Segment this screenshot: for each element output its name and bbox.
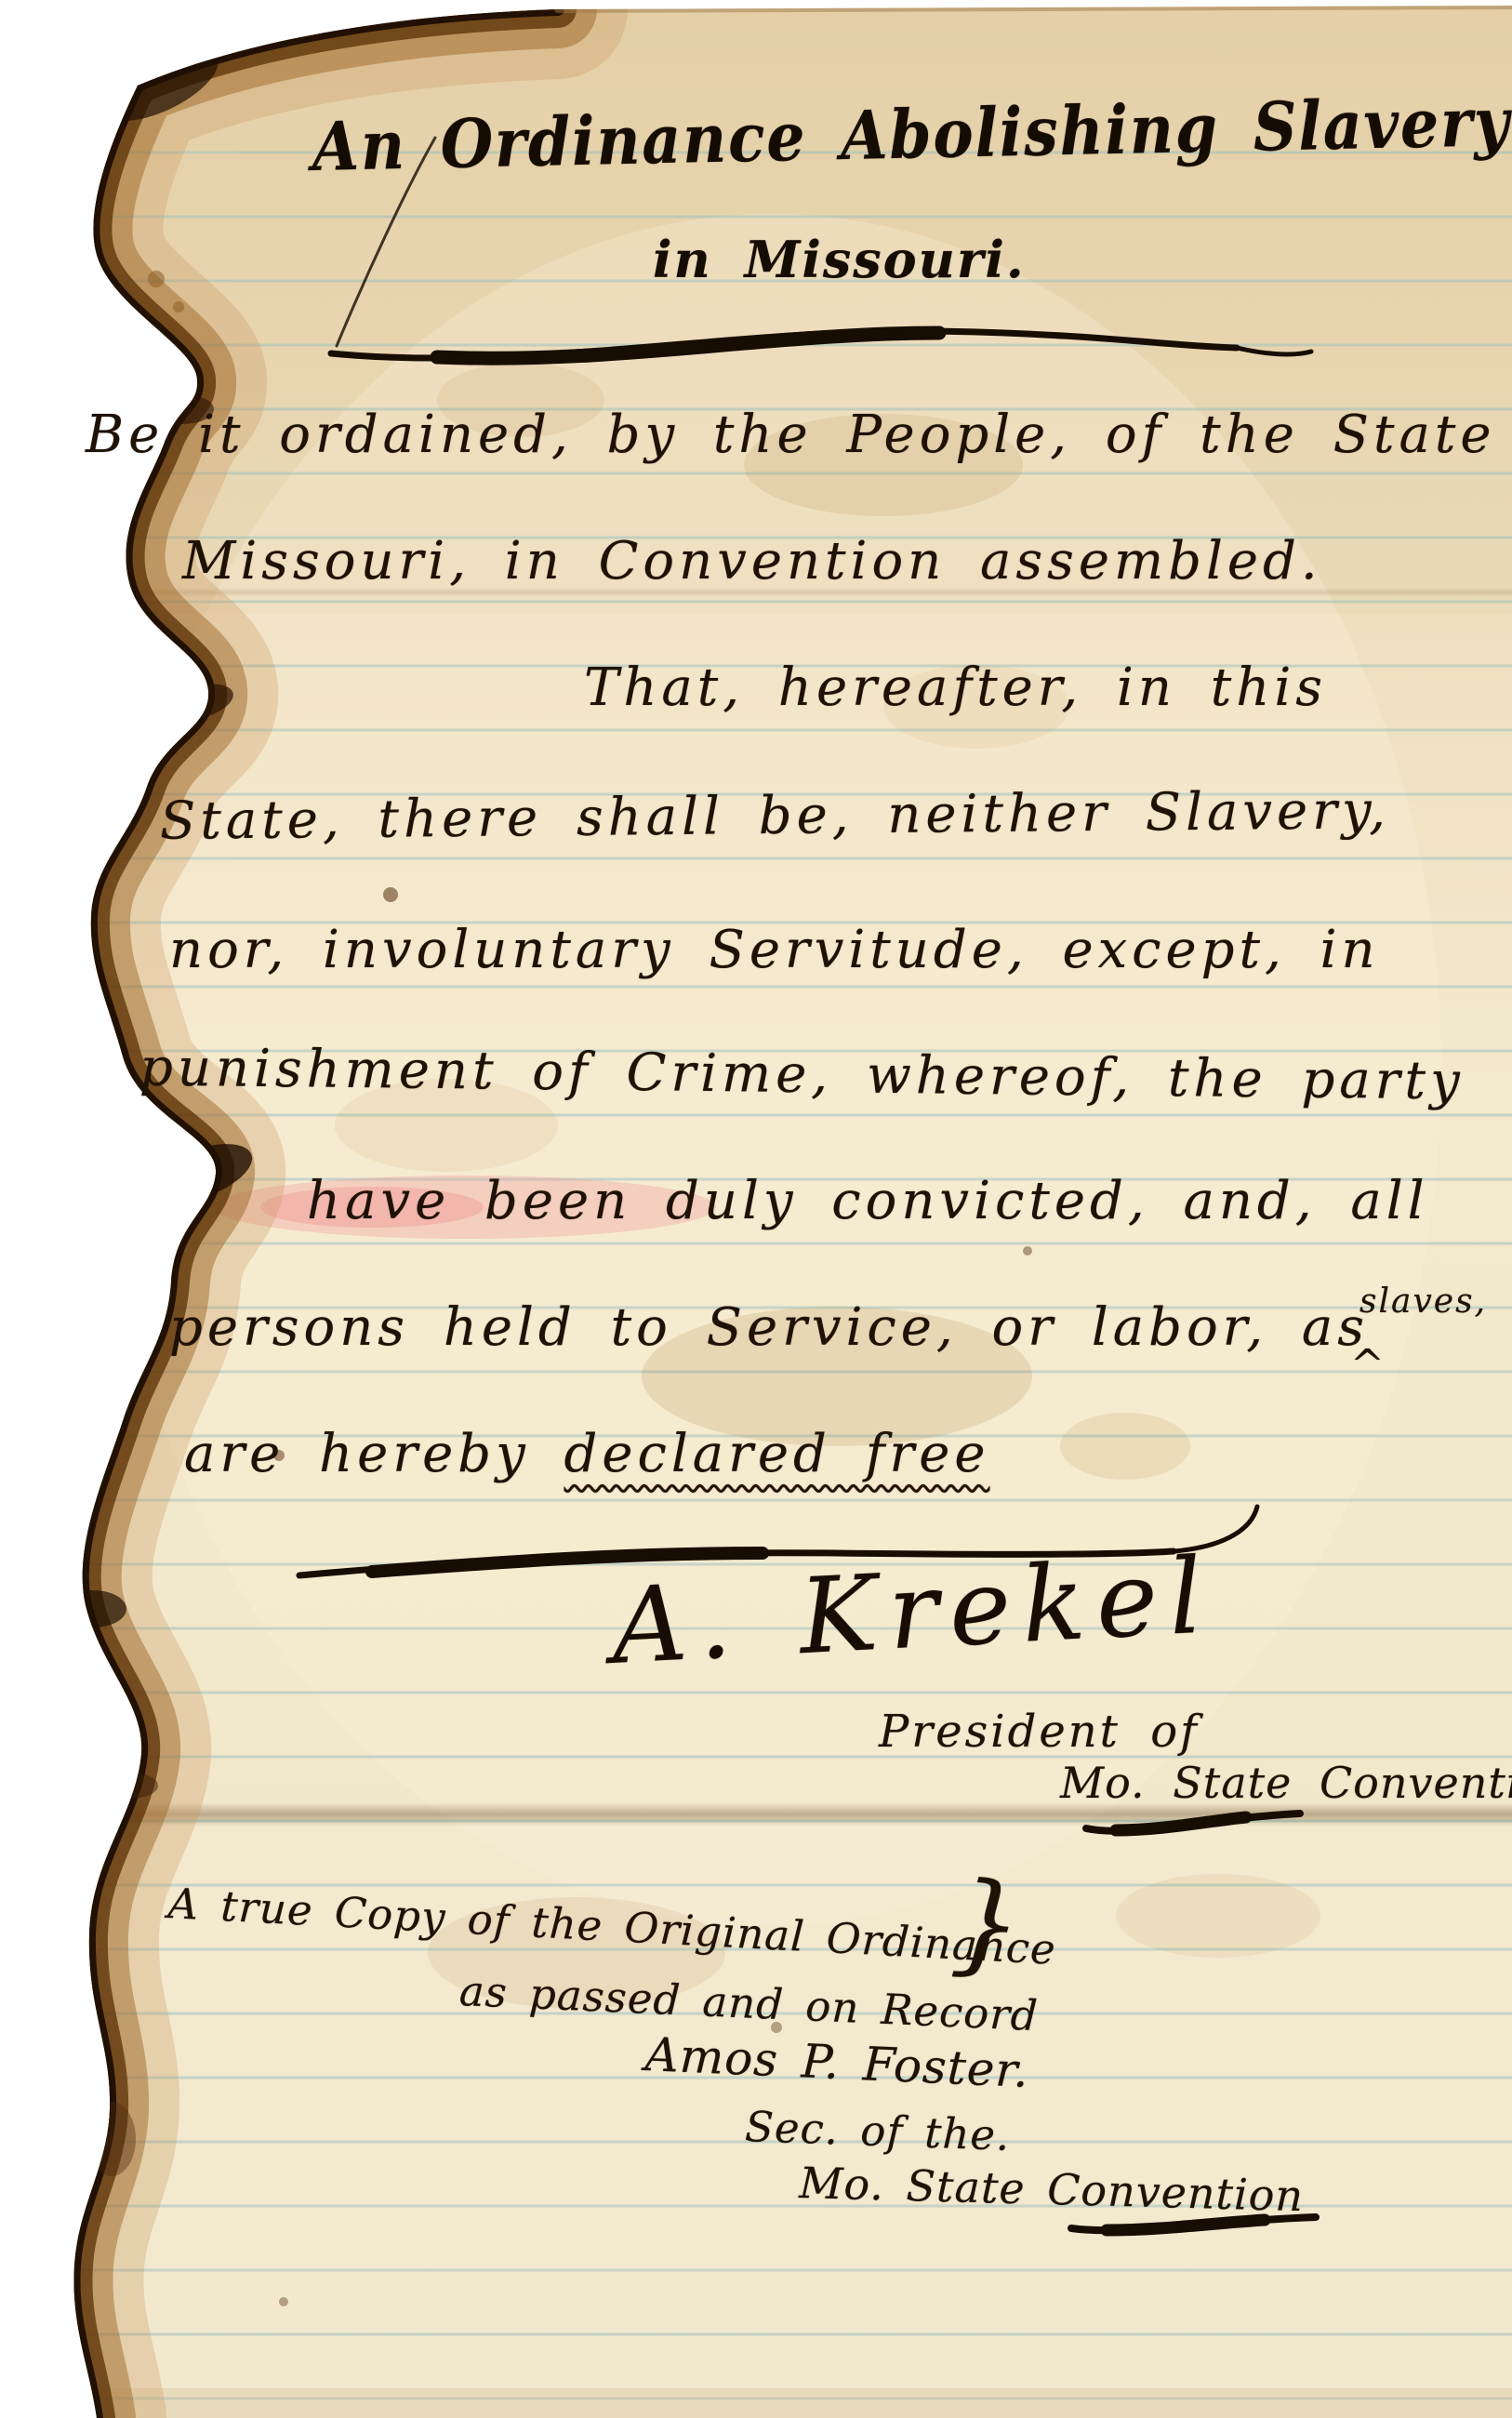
document-title-line-2: in Missouri.: [653, 234, 1026, 285]
body-line-2: Missouri, in Convention assembled.: [182, 536, 1322, 588]
body-line-6: punishment of Crime, whereof, the party: [139, 1043, 1465, 1109]
insertion-caret-mark: ^: [1350, 1345, 1385, 1386]
body-line-4: State, there shall be, neither Slavery,: [160, 785, 1390, 848]
bottom-edge-shadow: [0, 2388, 1512, 2418]
body-line-9-underlined: declared free: [564, 1424, 990, 1484]
attestation-title-line-1: Sec. of the.: [744, 2106, 1011, 2157]
body-line-8: persons held to Service, or labor, as: [169, 1302, 1369, 1354]
attestation-brace: }: [948, 1866, 1030, 1980]
signature-title-line-2: Mo. State Convention: [1060, 1761, 1512, 1804]
interlinear-insertion-slaves: slaves,: [1359, 1285, 1487, 1319]
body-line-5: nor, involuntary Servitude, except, in: [169, 924, 1380, 976]
body-line-3: That, hereafter, in this: [584, 662, 1327, 714]
body-line-9: are hereby declared free: [184, 1428, 989, 1481]
manuscript-page: An Ordinance Abolishing Slavery in Misso…: [0, 0, 1512, 2418]
attestation-title-line-2: Mo. State Convention: [799, 2161, 1305, 2217]
signature-title-line-1: President of: [879, 1709, 1200, 1754]
body-line-1: Be it ordained, by the People, of the St…: [86, 409, 1496, 461]
body-line-7: have been duly convicted, and, all: [307, 1176, 1429, 1228]
signature-name: A. Krekel: [609, 1544, 1216, 1680]
body-line-9-prefix: are hereby: [184, 1424, 564, 1484]
